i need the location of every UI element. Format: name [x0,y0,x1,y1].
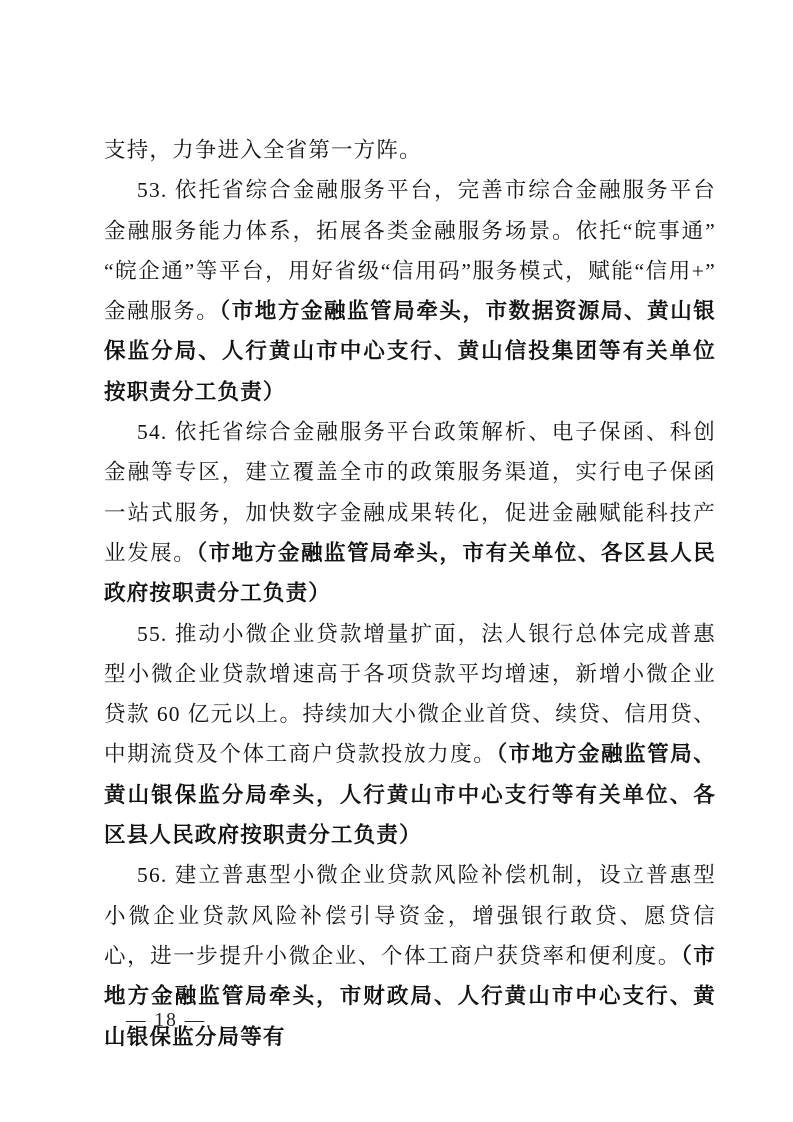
document-page: 支持，力争进入全省第一方阵。53. 依托省综合金融服务平台，完善市综合金融服务平… [0,0,793,1122]
paragraph-list: 支持，力争进入全省第一方阵。53. 依托省综合金融服务平台，完善市综合金融服务平… [104,130,716,1057]
paragraph: 53. 依托省综合金融服务平台，完善市综合金融服务平台金融服务能力体系，拓展各类… [104,170,716,412]
paragraph: 54. 依托省综合金融服务平台政策解析、电子保函、科创金融等专区，建立覆盖全市的… [104,412,716,613]
paragraph: 支持，力争进入全省第一方阵。 [104,130,716,170]
paragraph-text: 56. 建立普惠型小微企业贷款风险补偿机制，设立普惠型小微企业贷款风险补偿引导资… [104,863,716,968]
paragraph-text: 支持，力争进入全省第一方阵。 [104,138,422,162]
page-number: — 18 — [126,1008,206,1034]
responsibility-text: （市地方金融监管局牵头，市有关单位、各区县人民政府按职责分工负责） [104,541,716,605]
paragraph: 55. 推动小微企业贷款增量扩面，法人银行总体完成普惠型小微企业贷款增速高于各项… [104,614,716,856]
